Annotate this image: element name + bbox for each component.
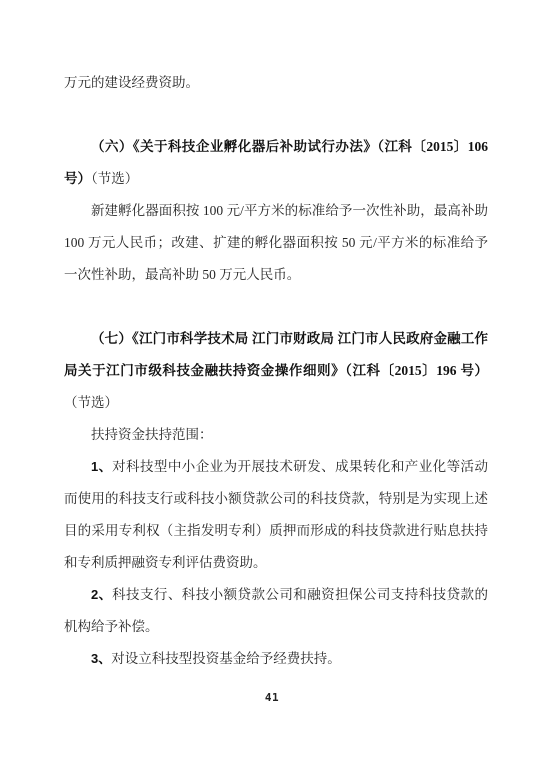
paragraph-text: 新建孵化器面积按 100 元/平方米的标准给予一次性补助，最高补助 100 万元… xyxy=(64,203,488,282)
continuation-paragraph: 万元的建设经费资助。 xyxy=(64,67,488,99)
paragraph-text: 对设立科技型投资基金给予经费扶持。 xyxy=(111,651,341,666)
body-paragraph: 2、科技支行、科技小额贷款公司和融资担保公司支持科技贷款的机构给予补偿。 xyxy=(64,579,488,643)
document-page: 万元的建设经费资助。 （六）《关于科技企业孵化器后补助试行办法》（江科〔2015… xyxy=(0,0,550,776)
section-title: （七）《江门市科学技术局 江门市财政局 江门市人民政府金融工作局关于江门市级科技… xyxy=(64,323,488,419)
paragraph-text: 扶持资金扶持范围： xyxy=(91,427,213,442)
section-title-text: （七）《江门市科学技术局 江门市财政局 江门市人民政府金融工作局关于江门市级科技… xyxy=(64,331,488,378)
list-item-marker: 1、 xyxy=(91,459,112,474)
body-paragraph: 3、对设立科技型投资基金给予经费扶持。 xyxy=(64,643,488,675)
paragraph-text: 科技支行、科技小额贷款公司和融资担保公司支持科技贷款的机构给予补偿。 xyxy=(64,587,488,634)
list-item-marker: 2、 xyxy=(91,587,112,602)
section-title: （六）《关于科技企业孵化器后补助试行办法》（江科〔2015〕106 号）（节选） xyxy=(64,131,488,195)
page-number: 41 xyxy=(0,691,544,704)
document-text-block: 万元的建设经费资助。 （六）《关于科技企业孵化器后补助试行办法》（江科〔2015… xyxy=(64,67,488,675)
body-paragraph: 扶持资金扶持范围： xyxy=(64,419,488,451)
section-title-suffix: （节选） xyxy=(91,171,138,186)
section-title-suffix: （节选） xyxy=(64,395,118,410)
body-paragraph: 新建孵化器面积按 100 元/平方米的标准给予一次性补助，最高补助 100 万元… xyxy=(64,195,488,291)
sections-container: （六）《关于科技企业孵化器后补助试行办法》（江科〔2015〕106 号）（节选）… xyxy=(64,131,488,675)
paragraph-text: 对科技型中小企业为开展技术研发、成果转化和产业化等活动而使用的科技支行或科技小额… xyxy=(64,459,488,570)
list-item-marker: 3、 xyxy=(91,651,111,666)
body-paragraph: 1、对科技型中小企业为开展技术研发、成果转化和产业化等活动而使用的科技支行或科技… xyxy=(64,451,488,579)
